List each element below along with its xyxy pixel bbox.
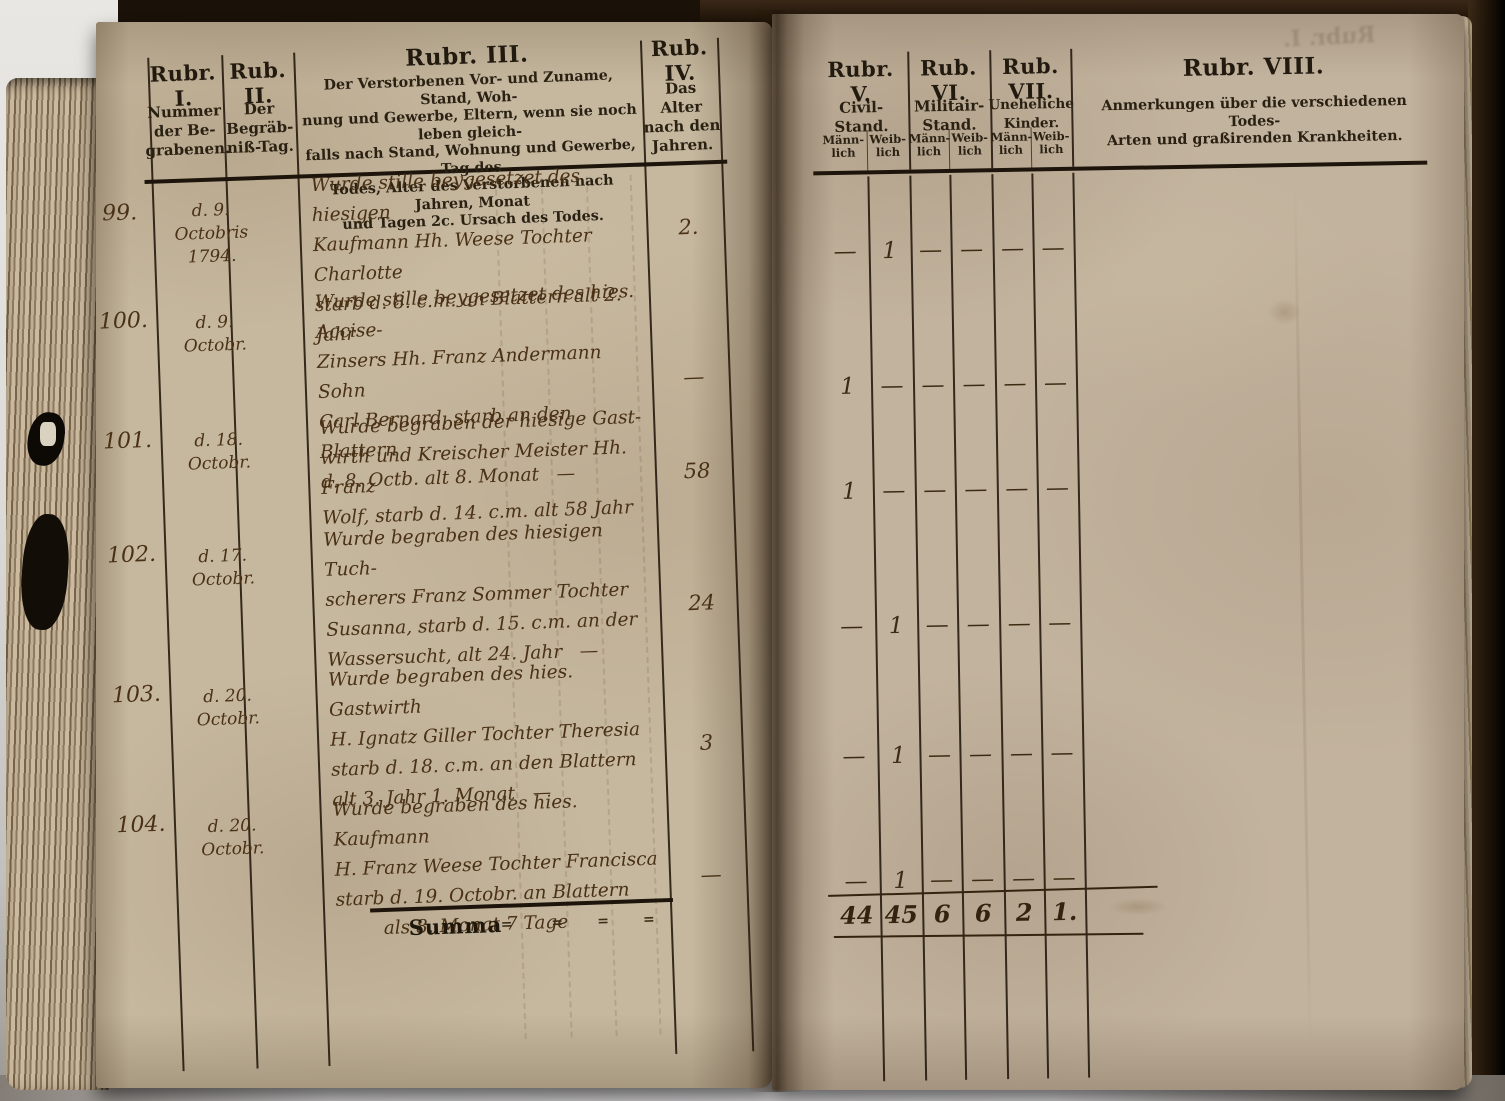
subheader-weiblich: Weib- lich (1031, 130, 1072, 157)
rubric-2-label: Der Begräb- niß-Tag. (222, 99, 298, 159)
tally-cell: — (955, 472, 998, 507)
book-photo: Rubr. I. Nummer der Be- grabenen. Rub. I… (0, 0, 1505, 1101)
entry-age: 2. (652, 214, 725, 240)
entry-age: 24 (665, 590, 738, 616)
tally-cell: — (919, 738, 960, 773)
tally-cell: — (1039, 606, 1081, 641)
entry-record-text: Wurde begraben des hiesigen Tuch- schere… (323, 514, 658, 675)
summa-label: Summa (408, 912, 502, 940)
rubric-8-label: Anmerkungen über die verschiedenen Todes… (1086, 93, 1423, 151)
tally-cell: — (995, 366, 1036, 401)
tally-cell: — (828, 609, 876, 644)
subheader-maennlich: Männ- lich (991, 131, 1031, 158)
tally-cell: — (830, 739, 878, 774)
entry-number: 101. (96, 427, 164, 454)
tally-cell: — (953, 367, 996, 402)
tally-cell: — (992, 232, 1033, 267)
summa-cell: 2 (1004, 895, 1045, 930)
entry-burial-date: d. 9. Octobris 1794. (155, 198, 267, 271)
tally-row: — 1 — — — — (828, 606, 1081, 644)
subheader-weiblich: Weib- lich (949, 131, 991, 158)
entry-burial-date: d. 18. Octobr. (163, 428, 275, 478)
tally-row: 1 — — — — — (826, 471, 1079, 509)
summa-cell: 6 (922, 897, 963, 932)
summa-row: 44 45 6 6 2 1. (833, 895, 1086, 933)
tally-cell: 1 (826, 474, 874, 509)
tally-cell: 1 (875, 609, 918, 644)
tally-cell: — (871, 369, 914, 404)
entry-burial-date: d. 17. Octobr. (167, 544, 279, 594)
tally-cell: 1 (868, 234, 911, 269)
entry-burial-date: d. 20. Octobr. (172, 683, 284, 733)
summa-cell: 1. (1044, 895, 1086, 930)
tally-row: — 1 — — — — (830, 736, 1083, 774)
entry-age: — (675, 861, 748, 887)
page-stack-paper-chip (40, 422, 56, 446)
subheader-weiblich: Weib- lich (867, 133, 909, 160)
rubric-4-label: Das Alter nach den Jahren. (641, 78, 722, 157)
right-page: Rubr. V. Civil- Stand. Rub. VI. Militair… (772, 14, 1464, 1090)
tally-cell: — (957, 607, 1000, 642)
tally-cell: — (999, 606, 1040, 641)
tally-cell: — (959, 737, 1002, 772)
entry-age: 58 (661, 458, 734, 484)
page-stain (1108, 897, 1168, 916)
tally-cell: — (873, 474, 916, 509)
entry-number: 100. (96, 308, 160, 335)
subheader-maennlich: Männ- lich (909, 132, 949, 159)
rubric-1-label: Nummer der Be- grabenen. (144, 101, 226, 161)
ink-bleed-ghost-text: Rubr. I. (1282, 22, 1376, 53)
page-stack-damage-spot (18, 513, 72, 632)
summa-cell: 45 (880, 898, 923, 933)
entry-number: 102. (96, 541, 168, 568)
tally-cell: — (1037, 471, 1079, 506)
table-rule (717, 38, 754, 1051)
tally-cell: — (997, 471, 1038, 506)
header-rule (813, 161, 1427, 176)
tally-cell: — (950, 232, 993, 267)
book-cover-right-edge (1468, 0, 1505, 1101)
entry-number: 103. (100, 681, 173, 708)
tally-cell: — (1035, 366, 1077, 401)
tally-cell: 1 (824, 369, 872, 404)
tally-cell: — (1041, 736, 1083, 771)
summa-cell: 44 (833, 898, 881, 933)
tally-cell: — (821, 234, 869, 269)
entry-number: 99. (96, 200, 156, 227)
entry-age: 3 (670, 729, 743, 755)
tally-cell: — (1032, 231, 1074, 266)
left-page: Rubr. I. Nummer der Be- grabenen. Rub. I… (96, 22, 772, 1088)
tally-row: 1 — — — — — (824, 366, 1077, 404)
tally-cell: 1 (877, 739, 920, 774)
tally-cell: — (1001, 736, 1042, 771)
left-page-stack-edge (6, 78, 109, 1090)
tally-cell: — (915, 473, 956, 508)
entry-record-text: Wurde begraben der hiesige Gast- wirth u… (319, 402, 653, 533)
entry-burial-date: d. 9. Octobr. (159, 310, 271, 360)
tally-row: — 1 — — — — (821, 231, 1074, 269)
subheader-maennlich: Männ- lich (820, 133, 867, 160)
entry-burial-date: d. 20. Octobr. (177, 813, 289, 863)
tally-cell: — (910, 233, 951, 268)
rubric-8-title: Rubr. VIII. (1083, 51, 1423, 84)
entry-number: 104. (105, 811, 178, 838)
entry-age: — (657, 364, 730, 390)
tally-cell: — (913, 368, 954, 403)
tally-cell: — (917, 608, 958, 643)
gender-subheaders: Männ- lich Weib- lich Männ- lich Weib- l… (820, 130, 1072, 160)
summa-cell: 6 (962, 896, 1005, 931)
